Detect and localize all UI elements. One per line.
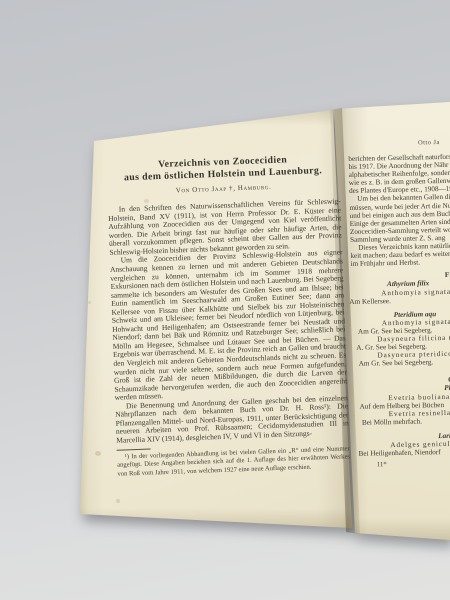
family-heading: Fi <box>445 271 450 280</box>
locality-line: Am Gr. See bei Segeberg. <box>359 358 450 368</box>
right-page-text: Otto Ja berichten der Gesellschaft natur… <box>346 138 450 470</box>
right-page-lines: berichten der Gesellschaft naturforscbis… <box>346 152 450 470</box>
footnote-rule <box>117 448 151 450</box>
locality-line: Am Kellersee. <box>349 295 450 306</box>
locality-line: Bei Heiligenhafen, Niendorf <box>358 448 450 458</box>
signature-mark: 11* <box>377 460 450 470</box>
title-line-2: aus dem östlichen Holstein und Lauenburg… <box>124 165 323 183</box>
gall-maker-name: Anthomyia signata Br <box>381 287 450 297</box>
photo-background: Verzeichnis von Zoocecidien aus dem östl… <box>0 0 450 600</box>
locality-line: Bei Mölln mehrfach. <box>362 416 450 426</box>
left-page-text: Verzeichnis von Zoocecidien aus dem östl… <box>106 152 351 479</box>
host-plant-heading: Pinus <box>444 384 450 393</box>
host-plant-heading: Larix <box>438 431 450 440</box>
byline: Von Otto Jaap †, Hamburg. <box>107 181 340 198</box>
body-paragraph-3: Die Benennung und Anordnung der Gallen g… <box>115 394 349 445</box>
running-header: Otto Ja <box>418 138 450 146</box>
body-line: im Frühjahr und Herbst. <box>350 258 450 269</box>
body-paragraph-2: Um die Zoocecidien der Provinz Schleswig… <box>110 249 348 403</box>
